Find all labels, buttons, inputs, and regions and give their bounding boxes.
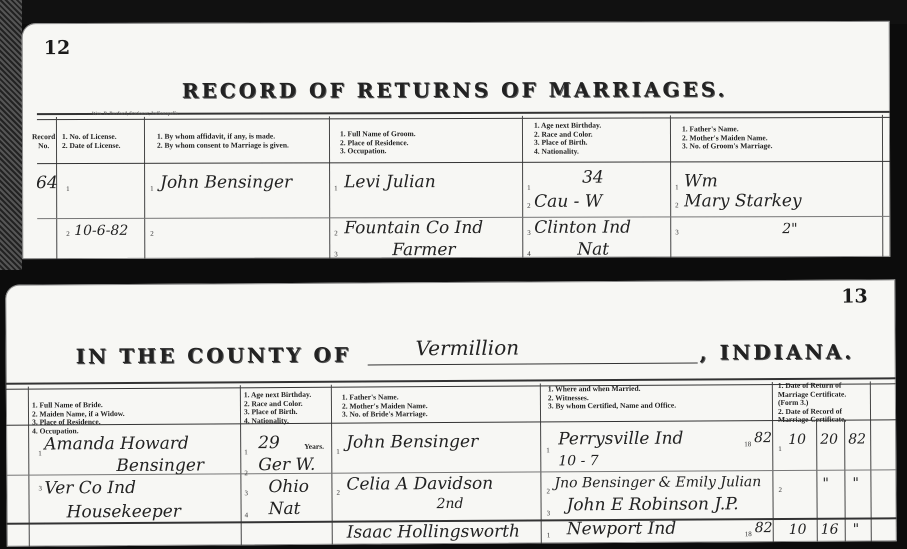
record-ditto-1: " <box>822 476 829 492</box>
next-return-month: 10 <box>789 522 807 538</box>
return-day: 20 <box>820 432 838 448</box>
line-number: 4 <box>245 511 249 519</box>
line-number: 1 <box>546 446 550 454</box>
year-prefix: 18 <box>745 530 752 538</box>
header-bottom-rule <box>37 161 890 164</box>
page-title: RECORD OF RETURNS OF MARRIAGES. <box>182 77 728 102</box>
county-name: Vermillion <box>416 336 520 361</box>
printer-line: Wm. B. Burford, Stationer, Indianapolis. <box>92 111 179 120</box>
married-year: 82 <box>754 430 772 446</box>
page-number: 13 <box>841 285 868 307</box>
header-line: No. <box>32 142 55 151</box>
column-divider <box>816 420 818 542</box>
header-line: 2. Date of Record of Marriage Certificat… <box>778 407 868 425</box>
line-number: 2 <box>546 487 550 495</box>
header-line: 3. No. of Bride's Marriage. <box>342 410 428 419</box>
line-number: 1 <box>150 185 154 193</box>
ledger-page-12: 12 RECORD OF RETURNS OF MARRIAGES. Wm. B… <box>22 21 891 259</box>
next-return-year: " <box>853 522 860 538</box>
header-line: 3. By whom Certified, Name and Office. <box>548 402 676 411</box>
line-number: 1 <box>778 445 782 453</box>
line-number: 3 <box>675 228 679 236</box>
return-year: 82 <box>848 431 866 447</box>
header-groom-parents: 1. Father's Name. 2. Mother's Maiden Nam… <box>682 125 773 151</box>
line-number: 1 <box>244 448 248 456</box>
certified-by: John E Robinson J.P. <box>567 494 739 515</box>
line-number: 3 <box>527 229 531 237</box>
line-number: 2 <box>336 489 340 497</box>
bride-mother: Celia A Davidson <box>346 474 493 495</box>
bride-marriage-number: 2nd <box>437 496 464 512</box>
header-license: 1. No. of License. 2. Date of License. <box>62 133 121 150</box>
witnesses: Jno Bensinger & Emily Julian <box>554 474 761 491</box>
bride-occupation: Housekeeper <box>67 502 181 523</box>
line-number: 2 <box>244 469 248 477</box>
header-line: 3. No. of Groom's Marriage. <box>682 142 772 151</box>
scan-binding-edge <box>0 0 22 270</box>
header-line: 2. By whom consent to Marriage is given. <box>157 141 289 150</box>
year-prefix: 18 <box>744 440 751 448</box>
groom-birthplace: Clinton Ind <box>534 218 631 238</box>
page-number: 12 <box>44 37 71 59</box>
header-line: 4. Nationality. <box>534 147 601 156</box>
header-bride: 1. Full Name of Bride. 2. Maiden Name, i… <box>32 401 125 436</box>
bride-name: Amanda Howard <box>44 434 189 455</box>
line-number: 2 <box>778 486 782 494</box>
line-number: 3 <box>334 250 338 258</box>
groom-father: Wm <box>684 171 718 191</box>
affidavit-by: John Bensinger <box>160 172 292 192</box>
line-number: 4 <box>527 250 531 258</box>
line-number: 2 <box>334 229 338 237</box>
groom-marriage-number: 2" <box>782 221 797 237</box>
return-month: 10 <box>788 432 806 448</box>
married-date: 10 - 7 <box>558 453 598 469</box>
header-line: 2. Date of License. <box>62 141 121 150</box>
next-married-where: Newport Ind <box>567 519 677 540</box>
header-groom: 1. Full Name of Groom. 2. Place of Resid… <box>340 130 416 156</box>
county-underline <box>368 362 698 365</box>
bride-maiden-name: Bensinger <box>116 456 204 477</box>
header-affidavit: 1. By whom affidavit, if any, is made. 2… <box>157 132 289 149</box>
header-rule <box>6 377 896 389</box>
line-number: 1 <box>527 184 531 192</box>
line-number: 1 <box>38 450 42 458</box>
header-bride-parents: 1. Father's Name. 2. Mother's Maiden Nam… <box>342 393 428 419</box>
line-number: 3 <box>244 489 248 497</box>
title-prefix: IN THE COUNTY OF <box>76 343 352 369</box>
record-ditto-2: " <box>852 476 859 492</box>
header-married: 1. Where and when Married. 2. Witnesses.… <box>548 385 676 411</box>
header-groom-age: 1. Age next Birthday. 2. Race and Color.… <box>534 122 601 156</box>
line-number: 1 <box>336 448 340 456</box>
groom-mother: Mary Starkey <box>684 191 801 211</box>
next-married-year: 82 <box>755 520 773 536</box>
line-number: 2 <box>675 201 679 209</box>
column-divider <box>144 117 145 259</box>
bride-residence: Ver Co Ind <box>44 478 136 499</box>
groom-occupation: Farmer <box>392 240 455 259</box>
groom-nationality: Nat <box>577 240 609 260</box>
bride-age: 29 <box>258 433 280 453</box>
header-bottom-rule <box>6 419 896 425</box>
line-number: 3 <box>38 485 42 493</box>
header-record-no: Record No. <box>32 133 55 150</box>
column-divider <box>329 116 330 258</box>
license-date: 10-6-82 <box>74 223 128 239</box>
line-number: 2 <box>150 230 154 238</box>
column-divider <box>844 420 846 542</box>
record-number: 64 <box>36 173 58 193</box>
bride-birthplace: Ohio <box>268 477 309 497</box>
header-line: 1. Date of Return of Marriage Certificat… <box>778 381 868 407</box>
bride-age-unit: Years. <box>304 443 324 452</box>
groom-age: 34 <box>582 168 604 188</box>
line-number: 1 <box>66 185 70 193</box>
column-divider <box>522 116 523 258</box>
ledger-page-13: 13 IN THE COUNTY OF Vermillion , INDIANA… <box>5 279 897 546</box>
line-number: 2 <box>527 202 531 210</box>
next-return-day: 16 <box>821 522 839 538</box>
married-where: Perrysville Ind <box>558 429 683 450</box>
header-line: 3. Occupation. <box>340 147 416 156</box>
groom-name: Levi Julian <box>344 172 436 192</box>
line-number: 3 <box>547 509 551 517</box>
line-number: 2 <box>66 230 70 238</box>
title-suffix: , INDIANA. <box>700 340 855 365</box>
next-bride-father: Isaac Hollingsworth <box>347 522 520 543</box>
bride-race: Ger W. <box>258 455 315 475</box>
groom-residence: Fountain Co Ind <box>344 218 483 238</box>
groom-race: Cau - W <box>534 192 602 212</box>
line-number: 1 <box>547 531 551 539</box>
header-bride-age: 1. Age next Birthday. 2. Race and Color.… <box>244 391 312 425</box>
column-divider <box>882 115 883 257</box>
column-divider <box>670 115 671 257</box>
line-number: 1 <box>334 184 338 192</box>
line-number: 1 <box>675 183 679 191</box>
header-return: 1. Date of Return of Marriage Certificat… <box>778 381 868 424</box>
bride-father: John Bensinger <box>346 432 478 453</box>
bride-nationality: Nat <box>269 499 301 519</box>
